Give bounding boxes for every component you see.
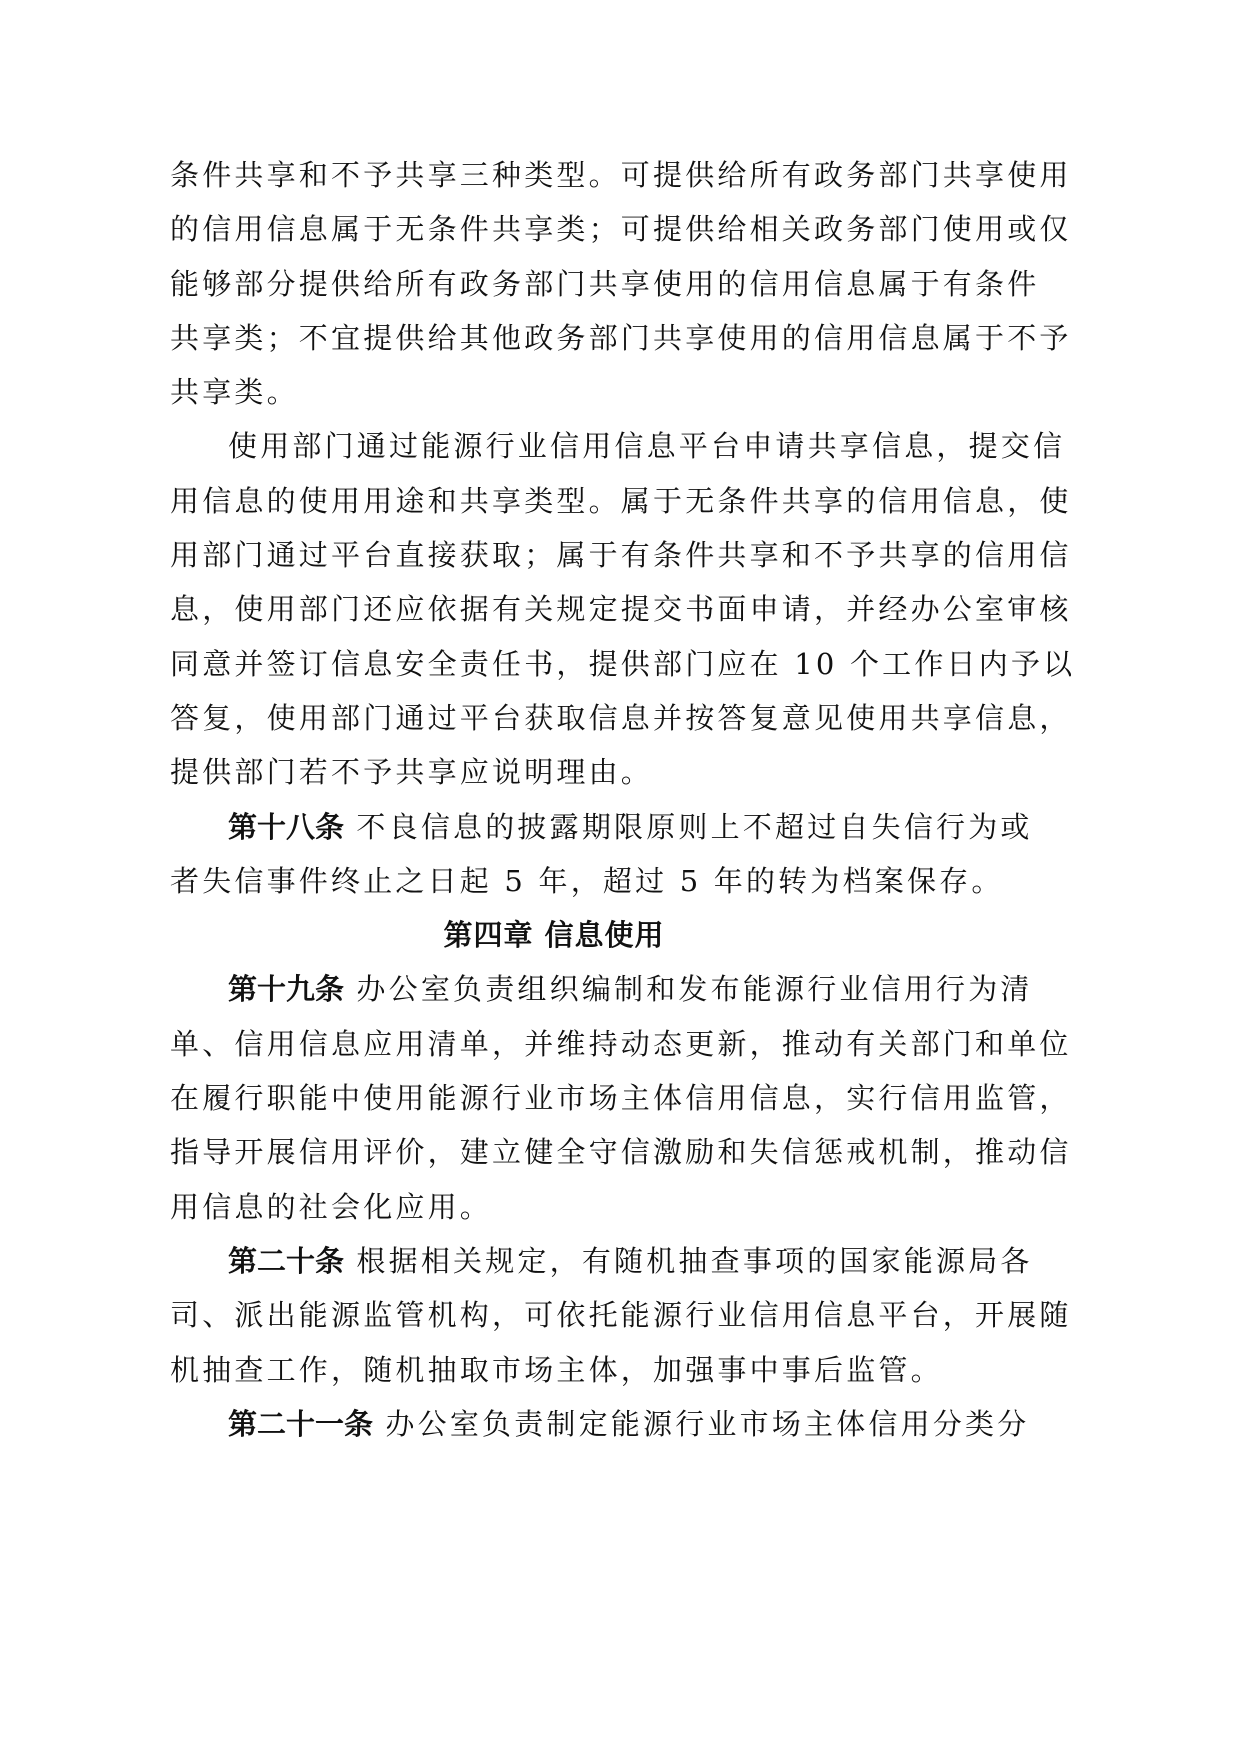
paragraph-line: 机抽查工作，随机抽取市场主体，加强事中事后监管。 bbox=[170, 1343, 938, 1397]
paragraph-line: 条件共享和不予共享三种类型。可提供给所有政务部门共享使用 bbox=[170, 148, 938, 202]
paragraph-line: 在履行职能中使用能源行业市场主体信用信息，实行信用监管， bbox=[170, 1071, 938, 1125]
article-18: 第十八条 不良信息的披露期限原则上不超过自失信行为或 bbox=[170, 800, 938, 854]
article-heading: 第二十条 bbox=[228, 1244, 344, 1278]
article-text: 办公室负责组织编制和发布能源行业信用行为清 bbox=[344, 972, 1033, 1006]
chapter-heading: 第四章 信息使用 bbox=[170, 908, 938, 962]
article-heading: 第十八条 bbox=[228, 810, 344, 844]
paragraph-line: 答复，使用部门通过平台获取信息并按答复意见使用共享信息， bbox=[170, 691, 938, 745]
article-text: 办公室负责制定能源行业市场主体信用分类分 bbox=[373, 1407, 1029, 1441]
paragraph-line: 单、信用信息应用清单，并维持动态更新，推动有关部门和单位 bbox=[170, 1017, 938, 1071]
article-19: 第十九条 办公室负责组织编制和发布能源行业信用行为清 bbox=[170, 962, 938, 1016]
paragraph-line: 使用部门通过能源行业信用信息平台申请共享信息，提交信 bbox=[170, 419, 938, 473]
document-page: 条件共享和不予共享三种类型。可提供给所有政务部门共享使用 的信用信息属于无条件共… bbox=[170, 148, 938, 1451]
paragraph-line: 用部门通过平台直接获取；属于有条件共享和不予共享的信用信 bbox=[170, 528, 938, 582]
paragraph-line: 能够部分提供给所有政务部门共享使用的信用信息属于有条件 bbox=[170, 257, 938, 311]
article-heading: 第二十一条 bbox=[228, 1407, 373, 1441]
paragraph-line: 同意并签订信息安全责任书，提供部门应在 10 个工作日内予以 bbox=[170, 637, 938, 691]
paragraph-line: 指导开展信用评价，建立健全守信激励和失信惩戒机制，推动信 bbox=[170, 1125, 938, 1179]
article-heading: 第十九条 bbox=[228, 972, 344, 1006]
paragraph-line: 提供部门若不予共享应说明理由。 bbox=[170, 745, 938, 799]
paragraph-line: 的信用信息属于无条件共享类；可提供给相关政务部门使用或仅 bbox=[170, 202, 938, 256]
paragraph-line: 用信息的使用用途和共享类型。属于无条件共享的信用信息，使 bbox=[170, 474, 938, 528]
paragraph-line: 司、派出能源监管机构，可依托能源行业信用信息平台，开展随 bbox=[170, 1288, 938, 1342]
article-text: 不良信息的披露期限原则上不超过自失信行为或 bbox=[344, 810, 1033, 844]
paragraph-line: 共享类；不宜提供给其他政务部门共享使用的信用信息属于不予 bbox=[170, 311, 938, 365]
paragraph-line: 共享类。 bbox=[170, 365, 938, 419]
article-text: 根据相关规定，有随机抽查事项的国家能源局各 bbox=[344, 1244, 1033, 1278]
paragraph-line: 息，使用部门还应依据有关规定提交书面申请，并经办公室审核 bbox=[170, 582, 938, 636]
paragraph-line: 用信息的社会化应用。 bbox=[170, 1180, 938, 1234]
paragraph-line: 者失信事件终止之日起 5 年，超过 5 年的转为档案保存。 bbox=[170, 854, 938, 908]
article-20: 第二十条 根据相关规定，有随机抽查事项的国家能源局各 bbox=[170, 1234, 938, 1288]
article-21: 第二十一条 办公室负责制定能源行业市场主体信用分类分 bbox=[170, 1397, 938, 1451]
